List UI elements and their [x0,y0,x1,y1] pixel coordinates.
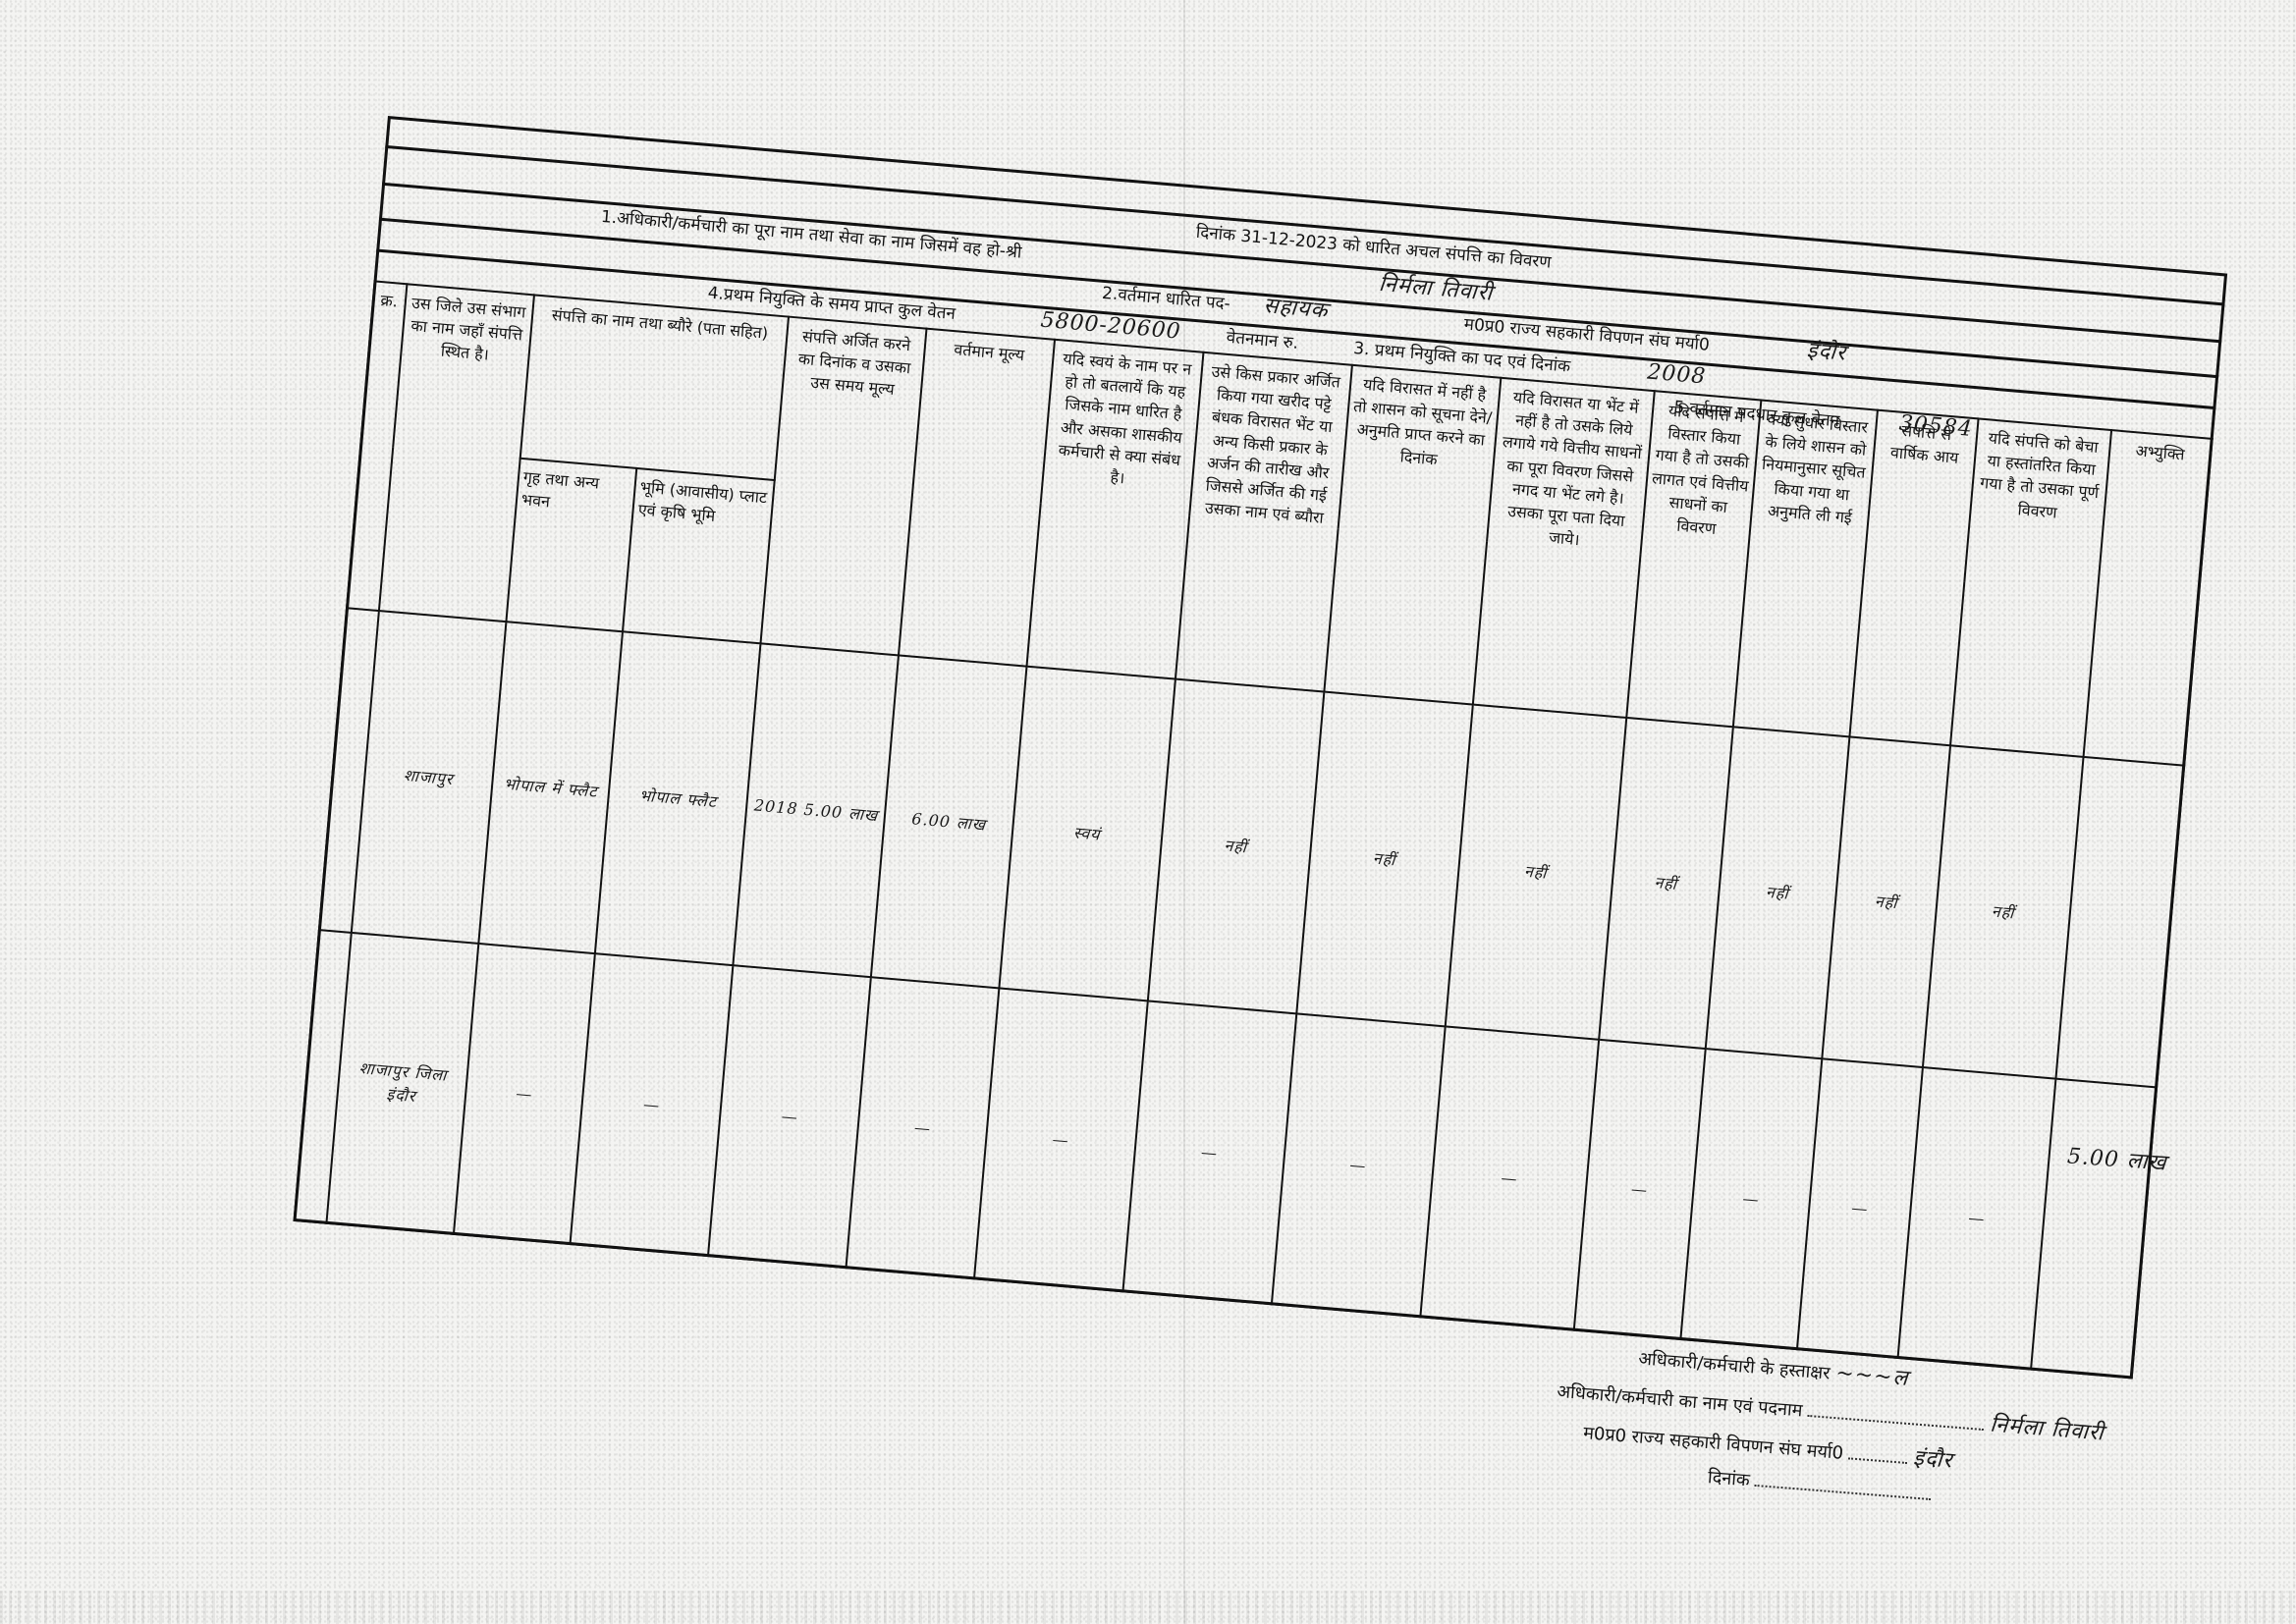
cell-acquired: 2018 5.00 लाख [734,643,900,977]
col-owner: यदि स्वयं के नाम पर न हो तो बतलायें कि य… [1026,340,1203,678]
current-post: सहायक [1263,296,1330,323]
cell-acquired: — [708,965,871,1268]
first-appointment-date: 2008 [1646,362,1707,389]
org-location: इंदौर [1806,340,1847,364]
col-property: संपत्ति का नाम तथा ब्यौरे (पता सहित) [520,295,790,480]
cell-land: भोपाल फ्लैट [595,631,761,965]
cell-sold: — [1898,1067,2056,1369]
subcol-building: गृह तथा अन्य भवन [506,459,636,631]
cell-district: शाजापुर जिला इंदौर [326,933,478,1234]
col-financial-sources: यदि विरासत या भेंट में नहीं है तो उसके ल… [1472,378,1654,718]
cell-how-acquired: नहीं [1148,678,1325,1013]
name-value: निर्मला तिवारी [1989,1413,2105,1446]
asset-declaration-form: 1.अधिकारी/कर्मचारी का पूरा नाम तथा सेवा … [293,116,2227,1379]
scan-edge [0,1591,2296,1624]
asset-table: क्र. उस जिले उस संभाग का नाम जहाँ संपत्त… [293,280,2213,1379]
cell-permission-date: — [1272,1013,1446,1317]
cell-financial-sources: नहीं [1445,704,1626,1040]
signature-label: अधिकारी/कर्मचारी के हस्ताक्षर [1638,1348,1831,1383]
date-label: दिनांक [1707,1467,1750,1490]
cell-financial-sources: — [1420,1026,1599,1329]
org-value: इंदौर [1912,1446,1953,1474]
cell-how-acquired: — [1122,1001,1296,1304]
name-label: अधिकारी/कर्मचारी का नाम एवं पदनाम [1557,1381,1804,1422]
cell-owner: — [974,988,1148,1291]
col-how-acquired: उसे किस प्रकार अर्जित किया गया खरीद पट्ट… [1175,352,1352,691]
subcol-land: भूमि (आवासीय) प्लाट एवं कृषि भूमि [623,468,775,643]
col-acquired-date: संपत्ति अर्जित करने का दिनांक व उसका उस … [761,317,927,656]
col-permission-date: यदि विरासत में नहीं है तो शासन को सूचना … [1324,365,1501,704]
signature-mark: ~~~ल [1834,1361,1909,1391]
cell-owner: स्वयं [999,666,1175,1001]
cell-permission-date: नहीं [1296,691,1473,1026]
cell-land: — [571,953,734,1256]
cell-current-value: — [847,977,999,1278]
